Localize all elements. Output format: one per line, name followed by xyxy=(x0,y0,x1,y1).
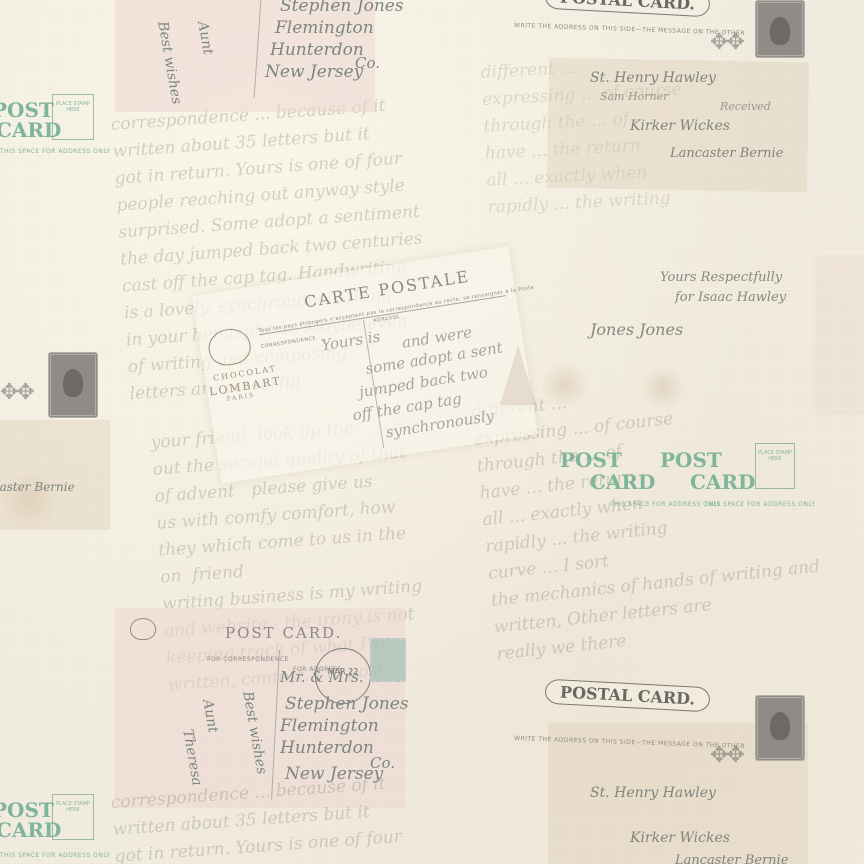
chocolat-crest-icon xyxy=(206,326,253,368)
postal-card-left: ✥✥ Lancaster Bernie xyxy=(0,340,140,570)
postcard-message: Theresa xyxy=(179,728,205,787)
postcard-message: Aunt xyxy=(199,698,221,734)
logo-word-card: CARD xyxy=(590,471,655,493)
carte-handwriting: Yours is xyxy=(320,327,382,354)
pink-postcard-right-edge xyxy=(815,255,864,415)
postcard-address-line: Flemington xyxy=(280,716,379,736)
cancellation-mark-icon: ✥✥ xyxy=(710,30,743,55)
cancellation-mark-icon: ✥✥ xyxy=(0,380,33,405)
postcard-address-line: Mr. & Mrs. xyxy=(280,668,364,686)
pink-postcard-top: Best wishes Aunt Stephen Jones Flemingto… xyxy=(115,0,375,112)
postcard-address-line: Hunterdon xyxy=(270,40,364,60)
postal-stamp-portrait xyxy=(755,0,805,58)
correspondence-label: CORRESPONDANCE xyxy=(260,335,316,350)
letter-line: for Isaac Hawley xyxy=(675,290,786,305)
postal-stamp-portrait xyxy=(755,695,805,761)
postcard-message: Best wishes xyxy=(239,690,269,775)
letter-line: Lancaster Bernie xyxy=(670,146,783,161)
post-card-logo: POST CARD xyxy=(660,449,755,493)
letter-line: Yours Respectfully xyxy=(660,270,782,285)
stamp-box: PLACE STAMP HERE xyxy=(52,94,94,140)
fine-print: THIS SPACE FOR ADDRESS ONLY xyxy=(0,148,111,155)
letter-sheet xyxy=(0,420,110,530)
fine-print: THIS SPACE FOR ADDRESS ONLY xyxy=(610,501,721,508)
postal-card-banner: POSTAL CARD. xyxy=(544,679,710,713)
fine-print: THIS SPACE FOR ADDRESS ONLY xyxy=(705,501,816,508)
cancellation-mark-icon: ✥✥ xyxy=(710,743,743,768)
postcard-address-line: Hunterdon xyxy=(280,738,374,758)
postcard-address-line: Stephen Jones xyxy=(285,694,409,714)
postal-card-top-right: POSTAL CARD. WRITE THE ADDRESS ON THIS S… xyxy=(500,0,830,400)
postcard-address-line: Flemington xyxy=(275,18,374,38)
postal-stamp-portrait xyxy=(48,352,98,418)
publisher-logo-icon xyxy=(130,618,156,640)
letter-line: Received xyxy=(720,100,771,113)
post-card-title: POST CARD. xyxy=(225,624,342,642)
postcard-divider xyxy=(254,0,262,98)
postcard-message: Best wishes xyxy=(154,20,184,105)
stamp-box: PLACE STAMP HERE xyxy=(52,794,94,840)
postal-card-banner: POSTAL CARD. xyxy=(544,0,710,17)
postage-stamp xyxy=(370,638,406,682)
logo-word-post: POST xyxy=(660,449,755,471)
letter-line: Sam Horner xyxy=(600,90,668,103)
postcard-address-line: New Jersey xyxy=(265,62,363,82)
letter-line: Kirker Wickes xyxy=(630,118,730,134)
logo-word-post: POST xyxy=(560,449,655,471)
letter-line: Lancaster Bernie xyxy=(675,853,788,864)
postcard-address-line: Stephen Jones xyxy=(280,0,404,16)
fine-print: THIS SPACE FOR ADDRESS ONLY xyxy=(0,852,111,859)
stamp-box: PLACE STAMP HERE xyxy=(755,443,795,489)
letter-line: Kirker Wickes xyxy=(630,830,730,846)
folded-corner xyxy=(500,345,536,405)
letter-line: Lancaster Bernie xyxy=(0,480,75,494)
logo-word-card: CARD xyxy=(690,471,755,493)
correspondence-label: FOR CORRESPONDENCE xyxy=(207,656,289,663)
letter-line: St. Henry Hawley xyxy=(590,785,716,801)
letter-line: Jones Jones xyxy=(590,320,683,339)
green-postcard-left-top: POST CARD PLACE STAMP HERE THIS SPACE FO… xyxy=(0,90,110,160)
green-postcard-middle-right: POST CARD POST CARD PLACE STAMP HERE THI… xyxy=(550,435,800,515)
post-card-logo: POST CARD xyxy=(560,449,655,493)
postcard-message: Aunt xyxy=(194,20,216,56)
green-postcard-left-bottom: POST CARD PLACE STAMP HERE THIS SPACE FO… xyxy=(0,790,110,864)
postal-card-bottom-right: POSTAL CARD. WRITE THE ADDRESS ON THIS S… xyxy=(500,655,830,864)
letter-line: St. Henry Hawley xyxy=(590,70,716,86)
